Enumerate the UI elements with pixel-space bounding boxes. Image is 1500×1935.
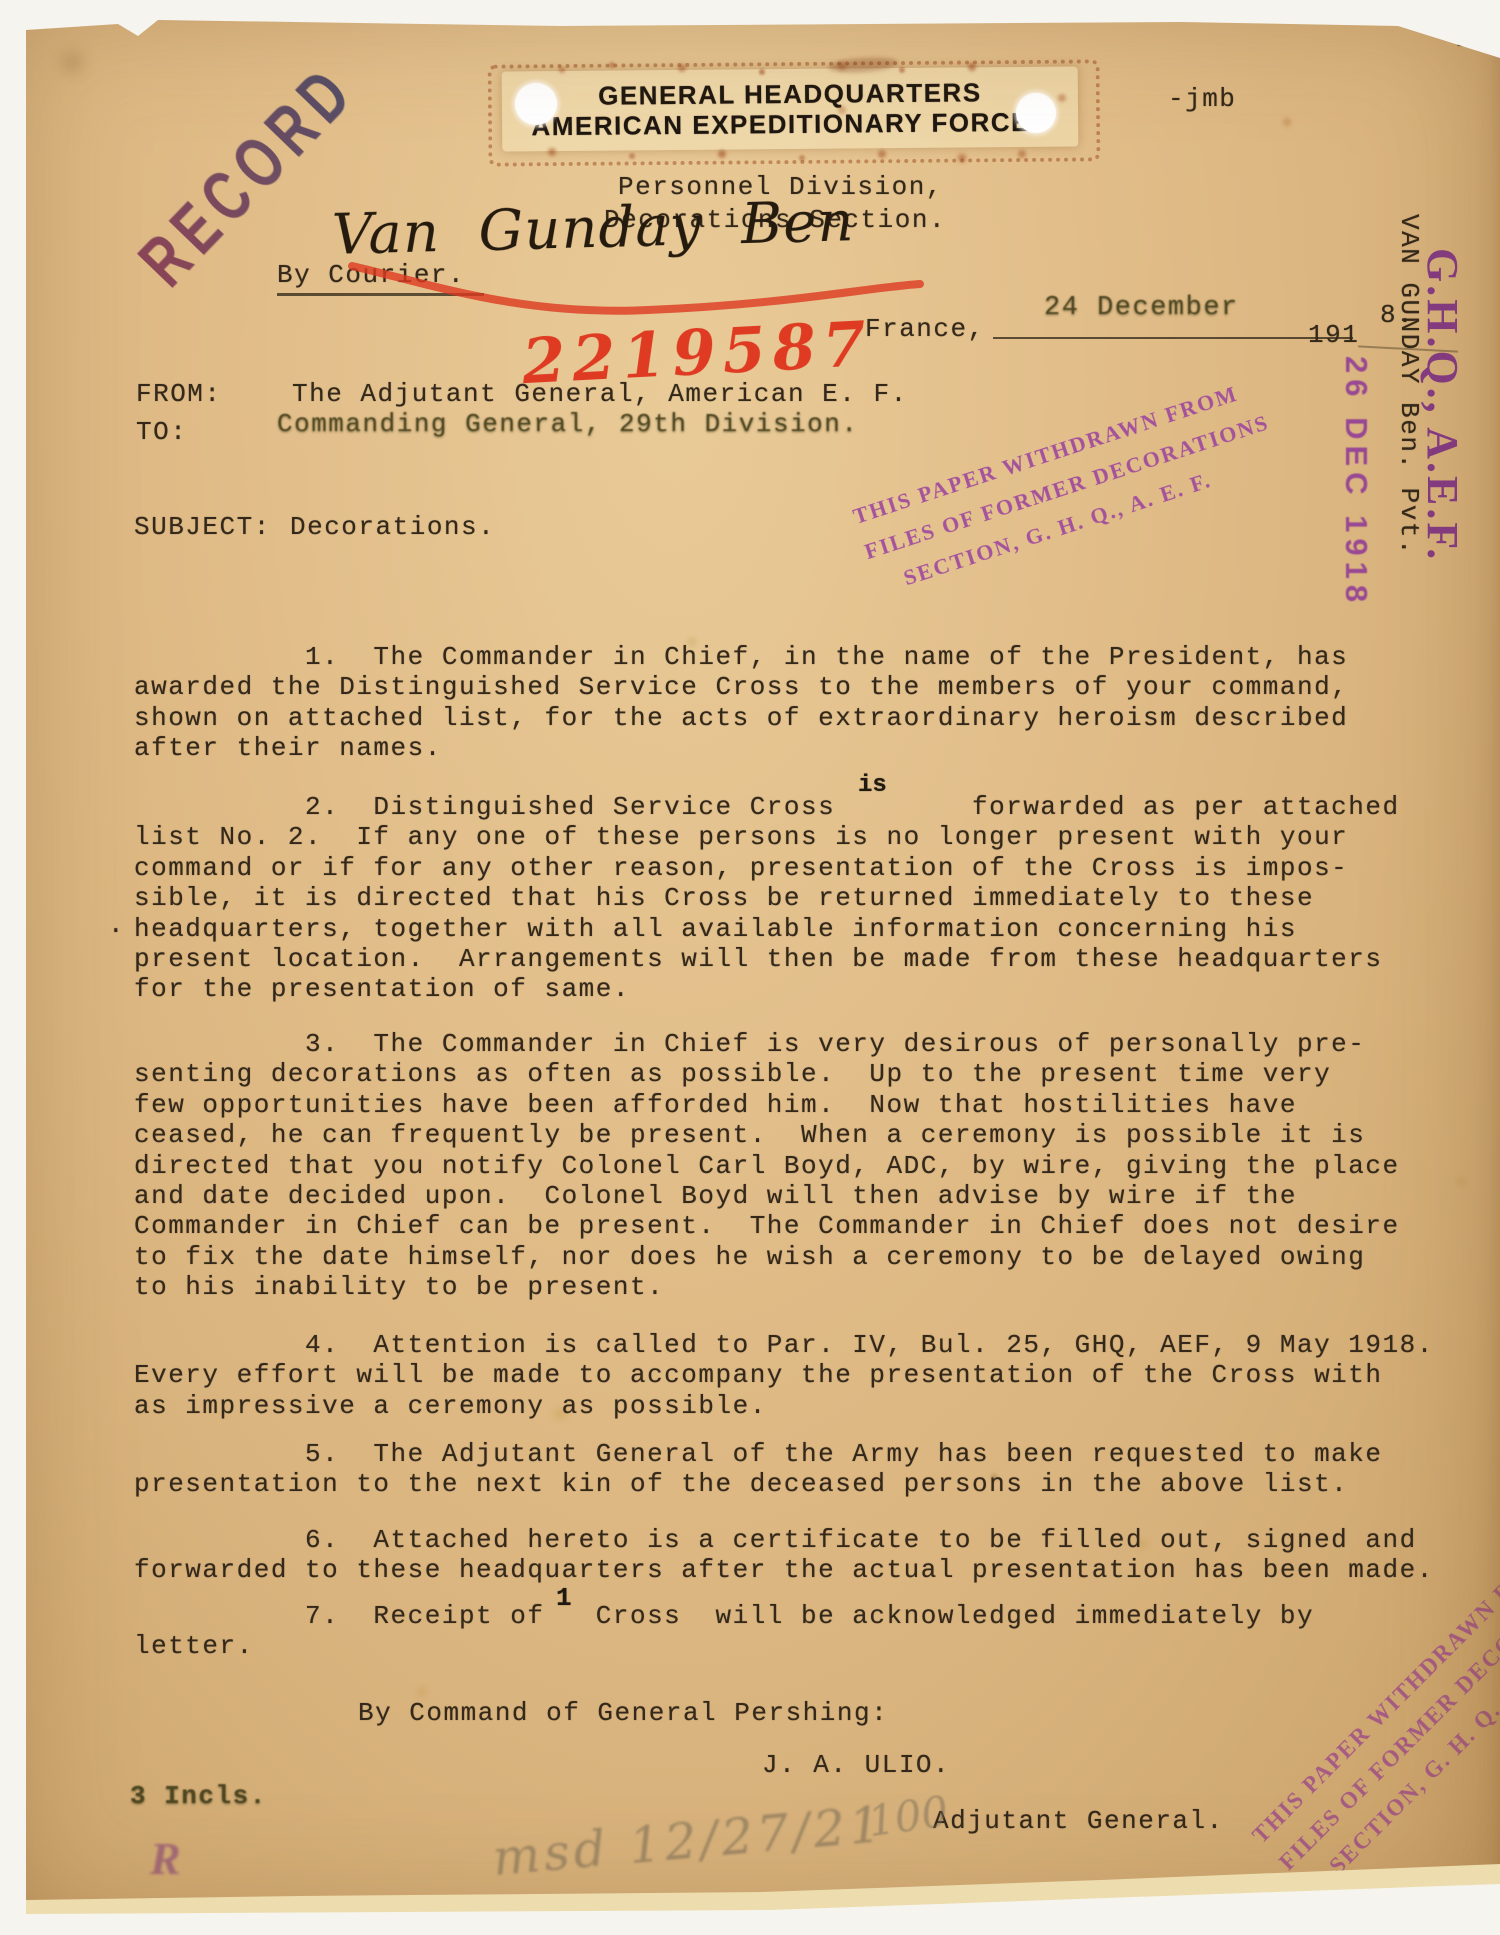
by-command-line: By Command of General Pershing: <box>358 1698 888 1728</box>
scanned-letter-page: RECORD GENERAL HEADQUARTERS AMERICAN EXP… <box>0 0 1500 1935</box>
year-underline <box>1358 345 1458 352</box>
punch-hole-right <box>1016 93 1056 133</box>
to-label: TO: <box>136 417 187 447</box>
enclosures: 3 Incls. <box>130 1781 267 1811</box>
year-printed: 191 <box>1308 320 1359 350</box>
paper-sheet: RECORD GENERAL HEADQUARTERS AMERICAN EXP… <box>0 0 1500 1935</box>
division-line2: Decorations Section. <box>604 205 946 235</box>
header-label-line1: GENERAL HEADQUARTERS <box>598 77 982 110</box>
punch-hole-left <box>515 83 557 125</box>
date-written: 24 December <box>1044 293 1239 323</box>
signature-title: Adjutant General. <box>933 1806 1224 1836</box>
margin-dot: . <box>108 910 125 940</box>
typist-initials: -jmb <box>1168 84 1236 114</box>
service-number: 2219587 <box>520 307 874 398</box>
place-label: France, <box>865 314 985 344</box>
inserted-word-is: is <box>858 772 887 799</box>
subject-value: Decorations. <box>290 512 495 542</box>
header-label-frame <box>488 59 1101 166</box>
from-value: The Adjutant General, American E. F. <box>292 379 908 409</box>
subject-label: SUBJECT: <box>134 512 271 542</box>
body-paragraph-2: 2. Distinguished Service Cross forwarded… <box>134 792 1400 1005</box>
division-line1: Personnel Division, <box>618 172 943 202</box>
withdrawn-stamp: THIS PAPER WITHDRAWN FROM FILES OF FORME… <box>848 382 1244 605</box>
paper-stains <box>0 0 4 4</box>
purple-ink-mark: R <box>150 1832 181 1885</box>
body-paragraph-6: 6. Attached hereto is a certificate to b… <box>134 1525 1434 1586</box>
received-date-stamp: 26 DEC 1918 <box>1338 356 1374 608</box>
record-stamp: RECORD <box>122 48 371 302</box>
body-paragraph-4: 4. Attention is called to Par. IV, Bul. … <box>134 1330 1434 1421</box>
rust-smudge <box>828 56 899 75</box>
body-paragraph-3: 3. The Commander in Chief is very desiro… <box>134 1029 1400 1303</box>
body-paragraph-1: 1. The Commander in Chief, in the name o… <box>134 642 1348 764</box>
recipient-name-vertical: VAN GUNDAY Ben. Pvt. <box>1394 214 1424 556</box>
year-digit: 8. <box>1380 300 1414 330</box>
pencil-note: msd 12/27/21 <box>490 1795 887 1887</box>
header-label-line2: AMERICAN EXPEDITIONARY FORCES <box>531 107 1049 142</box>
header-label: GENERAL HEADQUARTERS AMERICAN EXPEDITION… <box>502 66 1079 151</box>
red-strike-line <box>0 0 1500 1935</box>
body-paragraph-5: 5. The Adjutant General of the Army has … <box>134 1439 1383 1500</box>
corner-number: 1 <box>1456 30 1470 53</box>
handwritten-name: Van Gunday Ben <box>331 189 855 268</box>
from-label: FROM: <box>136 379 222 409</box>
signature-name: J. A. ULIO. <box>762 1750 950 1780</box>
by-courier-line: By Courier. <box>277 260 465 290</box>
withdrawn-stamp-corner: THIS PAPER WITHDRAWN FROM FILES OF FORME… <box>1243 1543 1500 1906</box>
ghq-aef-stamp: G.H.Q., A.E.F. <box>1417 248 1468 562</box>
pencil-mark: 100 <box>865 1787 951 1847</box>
by-courier-underline <box>277 293 484 296</box>
body-paragraph-7: 7. Receipt of Cross will be acknowledged… <box>134 1601 1314 1662</box>
rust-speckles <box>540 66 544 70</box>
inserted-number-1: 1 <box>556 1583 572 1613</box>
date-underline <box>993 337 1353 339</box>
to-value: Commanding General, 29th Division. <box>277 409 859 439</box>
